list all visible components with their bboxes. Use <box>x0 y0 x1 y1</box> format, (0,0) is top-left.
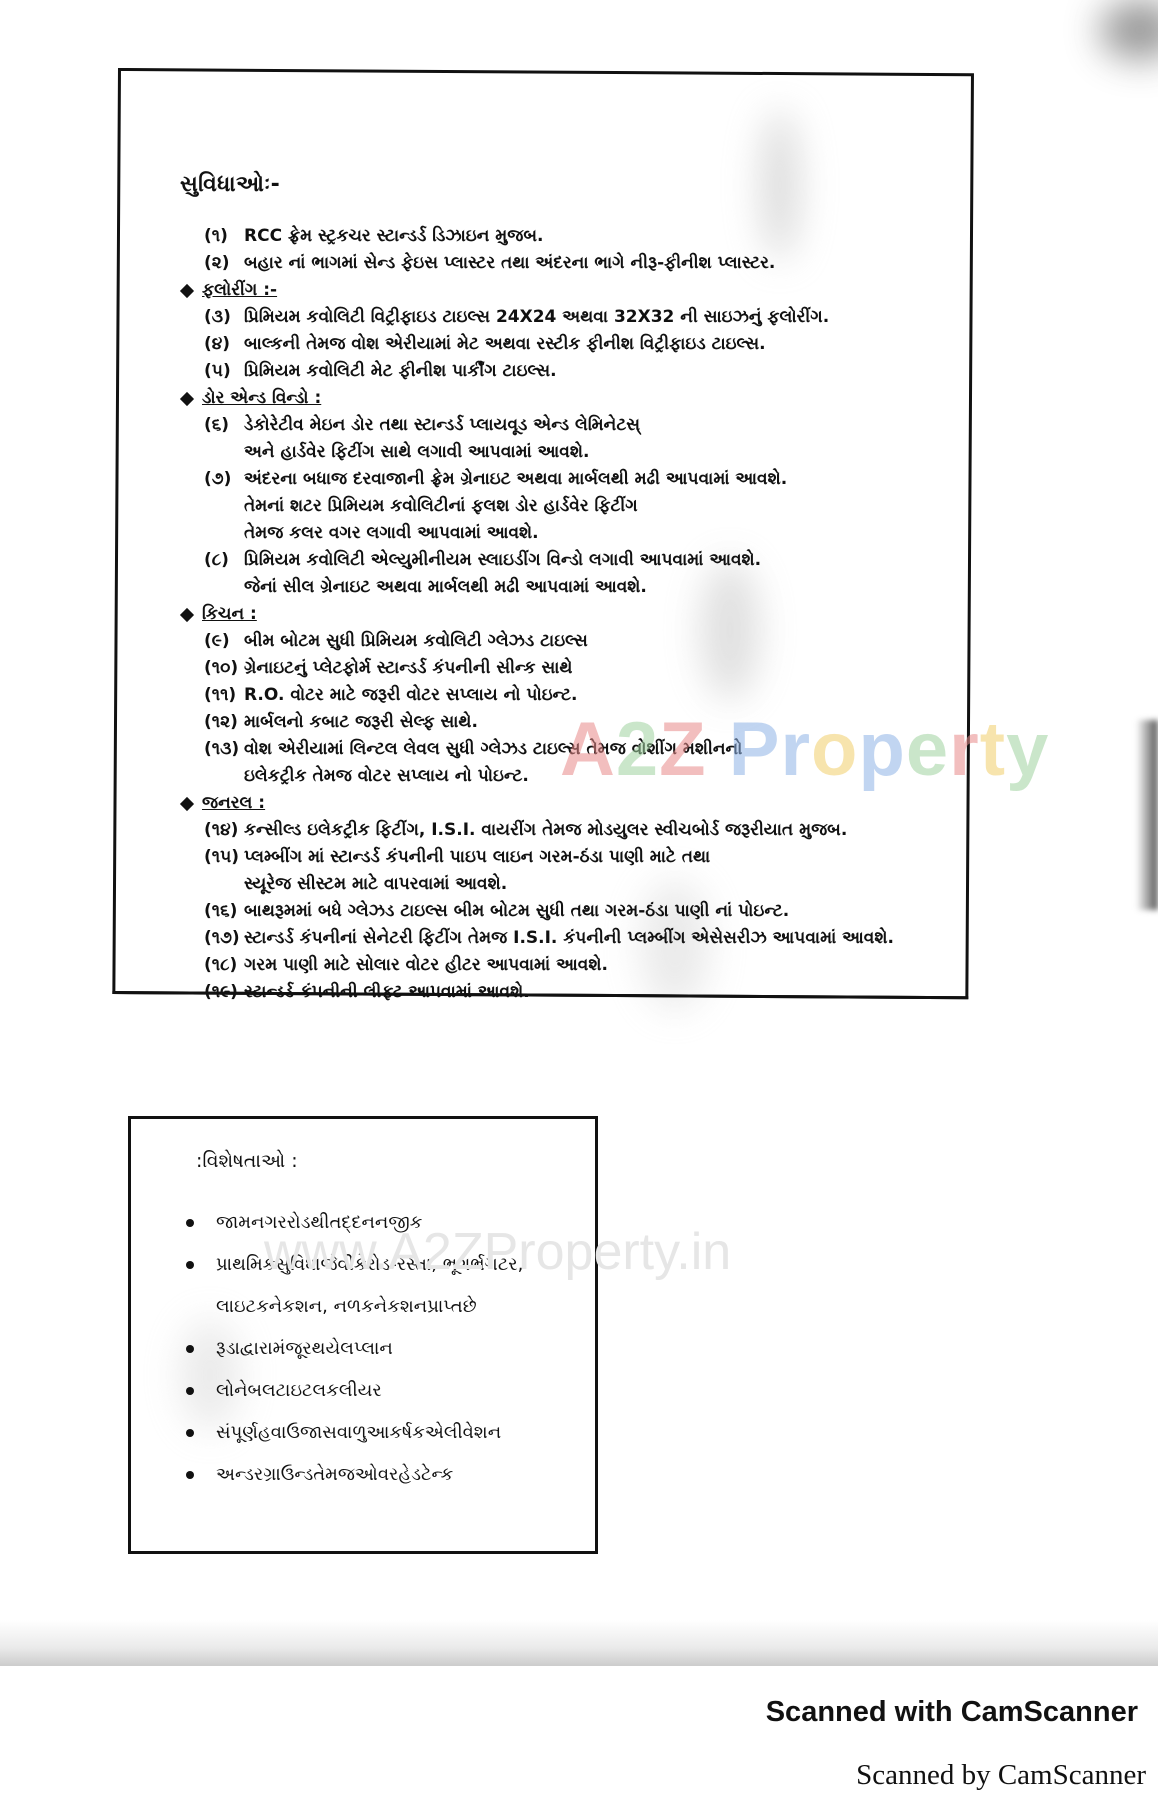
feature-line: અન્ડરગ્રાઉન્ડતેમજઓવરહેડટેન્ક <box>216 1454 453 1496</box>
item-line: સ્યૂરેજ સીસ્ટમ માટે વાપરવામાં આવશે. <box>244 871 980 898</box>
item-number: (૧૪) <box>204 817 244 844</box>
amenity-item: (૮)પ્રિમિયમ કવોલિટી એલ્યુમીનીયમ સ્લાઇડીં… <box>180 547 980 601</box>
feature-item: પ્રાથમિકસુવિધાજેવીકેરોડ-રસ્તા, ભૂગર્ભગટર… <box>196 1244 616 1328</box>
feature-line: લાઇટકનેકશન, નળકનેકશનપ્રાપ્તછે <box>216 1286 523 1328</box>
item-number: (૬) <box>204 412 244 466</box>
feature-text: લોનેબલટાઇટલકલીયર <box>216 1370 382 1412</box>
item-line: ઇલેકટ્રીક તેમજ વોટર સપ્લાય નો પોઇન્ટ. <box>244 763 980 790</box>
item-line: RCC ફ્રેમ સ્ટ્રકચર સ્ટાન્ડર્ડ ડિઝાઇન મુજ… <box>244 223 980 250</box>
scan-edge-shadow <box>1136 720 1158 910</box>
feature-text: સંપૂર્ણહવાઉજાસવાળુઆકર્ષકએલીવેશન <box>216 1412 501 1454</box>
item-line: કન્સીલ્ડ ઇલેકટ્રીક ફિટીંગ, I.S.I. વાયરીં… <box>244 817 980 844</box>
item-text: પ્રિમિયમ કવોલિટી એલ્યુમીનીયમ સ્લાઇડીંગ વ… <box>244 547 980 601</box>
amenity-item: (૧૩)વોશ એરીયામાં લિન્ટલ લેવલ સુધી ગ્લેઝડ… <box>180 736 980 790</box>
item-text: બાથરૂમમાં બધે ગ્લેઝડ ટાઇલ્સ બીમ બોટમ સુધ… <box>244 898 980 925</box>
item-text: માર્બલનો કબાટ જરૂરી સેલ્ફ સાથે. <box>244 709 980 736</box>
amenity-item: (૧૧)R.O. વોટર માટે જરૂરી વોટર સપ્લાય નો … <box>180 682 980 709</box>
item-line: ગ્રેનાઇટનું પ્લેટફોર્મ સ્ટાન્ડર્ડ કંપનીન… <box>244 655 980 682</box>
item-text: પ્રિમિયમ કવોલિટી વિટ્રીફાઇડ ટાઇલ્સ 24X24… <box>244 304 980 331</box>
item-number: (૯) <box>204 628 244 655</box>
watermark-letter: y <box>1006 706 1049 793</box>
item-text: બહાર નાં ભાગમાં સેન્ડ ફેઇસ પ્લાસ્ટર તથા … <box>244 250 980 277</box>
feature-line: લોનેબલટાઇટલકલીયર <box>216 1370 382 1412</box>
bullet-dot-icon <box>186 1471 194 1479</box>
feature-item: અન્ડરગ્રાઉન્ડતેમજઓવરહેડટેન્ક <box>196 1454 616 1496</box>
item-line: માર્બલનો કબાટ જરૂરી સેલ્ફ સાથે. <box>244 709 980 736</box>
item-number: (૧૩) <box>204 736 244 790</box>
item-text: પ્રિમિયમ કવોલિટી મેટ ફીનીશ પાર્કીંગ ટાઇલ… <box>244 358 980 385</box>
amenity-item: (૬)ડેકોરેટીવ મેઇન ડોર તથા સ્ટાન્ડર્ડ પ્લ… <box>180 412 980 466</box>
item-line: જેનાં સીલ ગ્રેનાઇટ અથવા માર્બલથી મઢી આપવ… <box>244 574 980 601</box>
amenity-item: (૭)અંદરના બધાજ દરવાજાની ફ્રેમ ગ્રેનાઇટ અ… <box>180 466 980 547</box>
scan-smudge <box>1100 0 1158 60</box>
amenities-categories: ફલોરીંગ :-(૩)પ્રિમિયમ કવોલિટી વિટ્રીફાઇડ… <box>180 277 980 1006</box>
diamond-bullet-icon <box>180 796 194 810</box>
item-line: ગરમ પાણી માટે સોલાર વોટર હીટર આપવામાં આવ… <box>244 952 980 979</box>
bullet-dot-icon <box>186 1387 194 1395</box>
amenities-section: સુવિધાઓઃ- (૧)RCC ફ્રેમ સ્ટ્રકચર સ્ટાન્ડર… <box>180 172 980 1006</box>
item-number: (૧૫) <box>204 844 244 898</box>
item-number: (૧૦) <box>204 655 244 682</box>
bullet-dot-icon <box>186 1219 194 1227</box>
item-number: (૧૬) <box>204 898 244 925</box>
watermark-letter: t <box>980 706 1006 793</box>
amenity-item: (૧૮)ગરમ પાણી માટે સોલાર વોટર હીટર આપવામા… <box>180 952 980 979</box>
amenities-title: સુવિધાઓઃ- <box>180 172 980 197</box>
item-line: અંદરના બધાજ દરવાજાની ફ્રેમ ગ્રેનાઇટ અથવા… <box>244 466 980 493</box>
amenity-item: (૧૪)કન્સીલ્ડ ઇલેકટ્રીક ફિટીંગ, I.S.I. વા… <box>180 817 980 844</box>
item-number: (૧) <box>204 223 244 250</box>
item-line: બાલ્કની તેમજ વોશ એરીયામાં મેટ અથવા રસ્ટી… <box>244 331 980 358</box>
amenity-item: (૧૫)પ્લમ્બીંગ માં સ્ટાન્ડર્ડ કંપનીની પાઇ… <box>180 844 980 898</box>
diamond-bullet-icon <box>180 607 194 621</box>
item-number: (૧૮) <box>204 952 244 979</box>
item-text: RCC ફ્રેમ સ્ટ્રકચર સ્ટાન્ડર્ડ ડિઝાઇન મુજ… <box>244 223 980 250</box>
item-text: ડેકોરેટીવ મેઇન ડોર તથા સ્ટાન્ડર્ડ પ્લાયવ… <box>244 412 980 466</box>
amenity-item: (૧૨)માર્બલનો કબાટ જરૂરી સેલ્ફ સાથે. <box>180 709 980 736</box>
feature-line: સંપૂર્ણહવાઉજાસવાળુઆકર્ષકએલીવેશન <box>216 1412 501 1454</box>
feature-text: અન્ડરગ્રાઉન્ડતેમજઓવરહેડટેન્ક <box>216 1454 453 1496</box>
item-number: (૨) <box>204 250 244 277</box>
item-text: સ્ટાન્ડર્ડ કંપનીનાં સેનેટરી ફિટીંગ તેમજ … <box>244 925 980 952</box>
feature-line: જામનગરરોડથીતદ્દનનજીક <box>216 1202 422 1244</box>
item-line: ડેકોરેટીવ મેઇન ડોર તથા સ્ટાન્ડર્ડ પ્લાયવ… <box>244 412 980 439</box>
scanned-by-label: Scanned by CamScanner <box>856 1759 1146 1792</box>
features-title: :વિશેષતાઓ : <box>196 1150 616 1172</box>
item-line: પ્રિમિયમ કવોલિટી મેટ ફીનીશ પાર્કીંગ ટાઇલ… <box>244 358 980 385</box>
scan-bottom-shadow <box>0 1620 1158 1666</box>
feature-item: સંપૂર્ણહવાઉજાસવાળુઆકર્ષકએલીવેશન <box>196 1412 616 1454</box>
item-number: (૫) <box>204 358 244 385</box>
feature-text: પ્રાથમિકસુવિધાજેવીકેરોડ-રસ્તા, ભૂગર્ભગટર… <box>216 1244 523 1328</box>
item-line: તેમનાં શટર પ્રિમિયમ કવોલિટીનાં ફલશ ડોર હ… <box>244 493 980 520</box>
feature-item: રૂડાદ્વારામંજૂરથયેલપ્લાન <box>196 1328 616 1370</box>
amenity-item: (૧૯)સ્ટાન્ડર્ડ કંપનીની લીફ્ટ આપવામાં આવશ… <box>180 979 980 1006</box>
feature-text: રૂડાદ્વારામંજૂરથયેલપ્લાન <box>216 1328 393 1370</box>
category-label: ફલોરીંગ :- <box>202 277 277 304</box>
item-line: અને હાર્ડવેર ફિટીંગ સાથે લગાવી આપવામાં આ… <box>244 439 980 466</box>
item-number: (૧૭) <box>204 925 244 952</box>
category-heading: ડોર એન્ડ વિન્ડો : <box>180 385 980 412</box>
amenity-item: (૫)પ્રિમિયમ કવોલિટી મેટ ફીનીશ પાર્કીંગ ટ… <box>180 358 980 385</box>
amenity-item: (૪)બાલ્કની તેમજ વોશ એરીયામાં મેટ અથવા રસ… <box>180 331 980 358</box>
item-line: બીમ બોટમ સુધી પ્રિમિયમ કવોલિટી ગ્લેઝડ ટા… <box>244 628 980 655</box>
category-heading: જનરલ : <box>180 790 980 817</box>
scanned-with-label: Scanned with CamScanner <box>766 1696 1138 1729</box>
amenities-intro-list: (૧)RCC ફ્રેમ સ્ટ્રકચર સ્ટાન્ડર્ડ ડિઝાઇન … <box>180 223 980 277</box>
amenity-item: (૧૭)સ્ટાન્ડર્ડ કંપનીનાં સેનેટરી ફિટીંગ ત… <box>180 925 980 952</box>
item-text: વોશ એરીયામાં લિન્ટલ લેવલ સુધી ગ્લેઝડ ટાઇ… <box>244 736 980 790</box>
item-line: તેમજ કલર વગર લગાવી આપવામાં આવશે. <box>244 520 980 547</box>
diamond-bullet-icon <box>180 391 194 405</box>
item-line: બહાર નાં ભાગમાં સેન્ડ ફેઇસ પ્લાસ્ટર તથા … <box>244 250 980 277</box>
diamond-bullet-icon <box>180 283 194 297</box>
item-line: સ્ટાન્ડર્ડ કંપનીની લીફ્ટ આપવામાં આવશે. <box>244 979 980 1006</box>
amenity-item: (૨)બહાર નાં ભાગમાં સેન્ડ ફેઇસ પ્લાસ્ટર ત… <box>180 250 980 277</box>
item-number: (૧૯) <box>204 979 244 1006</box>
item-number: (૧૧) <box>204 682 244 709</box>
amenity-item: (૧૬)બાથરૂમમાં બધે ગ્લેઝડ ટાઇલ્સ બીમ બોટમ… <box>180 898 980 925</box>
item-number: (૮) <box>204 547 244 601</box>
feature-line: પ્રાથમિકસુવિધાજેવીકેરોડ-રસ્તા, ભૂગર્ભગટર… <box>216 1244 523 1286</box>
item-text: અંદરના બધાજ દરવાજાની ફ્રેમ ગ્રેનાઇટ અથવા… <box>244 466 980 547</box>
feature-item: લોનેબલટાઇટલકલીયર <box>196 1370 616 1412</box>
features-list: જામનગરરોડથીતદ્દનનજીકપ્રાથમિકસુવિધાજેવીકે… <box>196 1202 616 1496</box>
feature-text: જામનગરરોડથીતદ્દનનજીક <box>216 1202 422 1244</box>
item-number: (૧૨) <box>204 709 244 736</box>
item-line: વોશ એરીયામાં લિન્ટલ લેવલ સુધી ગ્લેઝડ ટાઇ… <box>244 736 980 763</box>
item-line: પ્રિમિયમ કવોલિટી વિટ્રીફાઇડ ટાઇલ્સ 24X24… <box>244 304 980 331</box>
amenity-item: (૩)પ્રિમિયમ કવોલિટી વિટ્રીફાઇડ ટાઇલ્સ 24… <box>180 304 980 331</box>
amenity-item: (૧)RCC ફ્રેમ સ્ટ્રકચર સ્ટાન્ડર્ડ ડિઝાઇન … <box>180 223 980 250</box>
category-heading: ફલોરીંગ :- <box>180 277 980 304</box>
item-text: R.O. વોટર માટે જરૂરી વોટર સપ્લાય નો પોઇન… <box>244 682 980 709</box>
features-section: :વિશેષતાઓ : જામનગરરોડથીતદ્દનનજીકપ્રાથમિક… <box>196 1150 616 1496</box>
item-text: સ્ટાન્ડર્ડ કંપનીની લીફ્ટ આપવામાં આવશે. <box>244 979 980 1006</box>
item-number: (૭) <box>204 466 244 547</box>
item-text: કન્સીલ્ડ ઇલેકટ્રીક ફિટીંગ, I.S.I. વાયરીં… <box>244 817 980 844</box>
item-text: ગ્રેનાઇટનું પ્લેટફોર્મ સ્ટાન્ડર્ડ કંપનીન… <box>244 655 980 682</box>
bullet-dot-icon <box>186 1429 194 1437</box>
category-label: જનરલ : <box>202 790 265 817</box>
category-label: કિચન : <box>202 601 257 628</box>
item-text: ગરમ પાણી માટે સોલાર વોટર હીટર આપવામાં આવ… <box>244 952 980 979</box>
item-line: સ્ટાન્ડર્ડ કંપનીનાં સેનેટરી ફિટીંગ તેમજ … <box>244 925 980 952</box>
item-text: બાલ્કની તેમજ વોશ એરીયામાં મેટ અથવા રસ્ટી… <box>244 331 980 358</box>
item-text: પ્લમ્બીંગ માં સ્ટાન્ડર્ડ કંપનીની પાઇપ લા… <box>244 844 980 898</box>
feature-item: જામનગરરોડથીતદ્દનનજીક <box>196 1202 616 1244</box>
bullet-dot-icon <box>186 1345 194 1353</box>
item-number: (૩) <box>204 304 244 331</box>
amenity-item: (૯)બીમ બોટમ સુધી પ્રિમિયમ કવોલિટી ગ્લેઝડ… <box>180 628 980 655</box>
category-heading: કિચન : <box>180 601 980 628</box>
item-text: બીમ બોટમ સુધી પ્રિમિયમ કવોલિટી ગ્લેઝડ ટા… <box>244 628 980 655</box>
item-line: પ્રિમિયમ કવોલિટી એલ્યુમીનીયમ સ્લાઇડીંગ વ… <box>244 547 980 574</box>
item-line: પ્લમ્બીંગ માં સ્ટાન્ડર્ડ કંપનીની પાઇપ લા… <box>244 844 980 871</box>
item-line: R.O. વોટર માટે જરૂરી વોટર સપ્લાય નો પોઇન… <box>244 682 980 709</box>
bullet-dot-icon <box>186 1261 194 1269</box>
category-label: ડોર એન્ડ વિન્ડો : <box>202 385 321 412</box>
amenity-item: (૧૦)ગ્રેનાઇટનું પ્લેટફોર્મ સ્ટાન્ડર્ડ કં… <box>180 655 980 682</box>
feature-line: રૂડાદ્વારામંજૂરથયેલપ્લાન <box>216 1328 393 1370</box>
item-number: (૪) <box>204 331 244 358</box>
item-line: બાથરૂમમાં બધે ગ્લેઝડ ટાઇલ્સ બીમ બોટમ સુધ… <box>244 898 980 925</box>
